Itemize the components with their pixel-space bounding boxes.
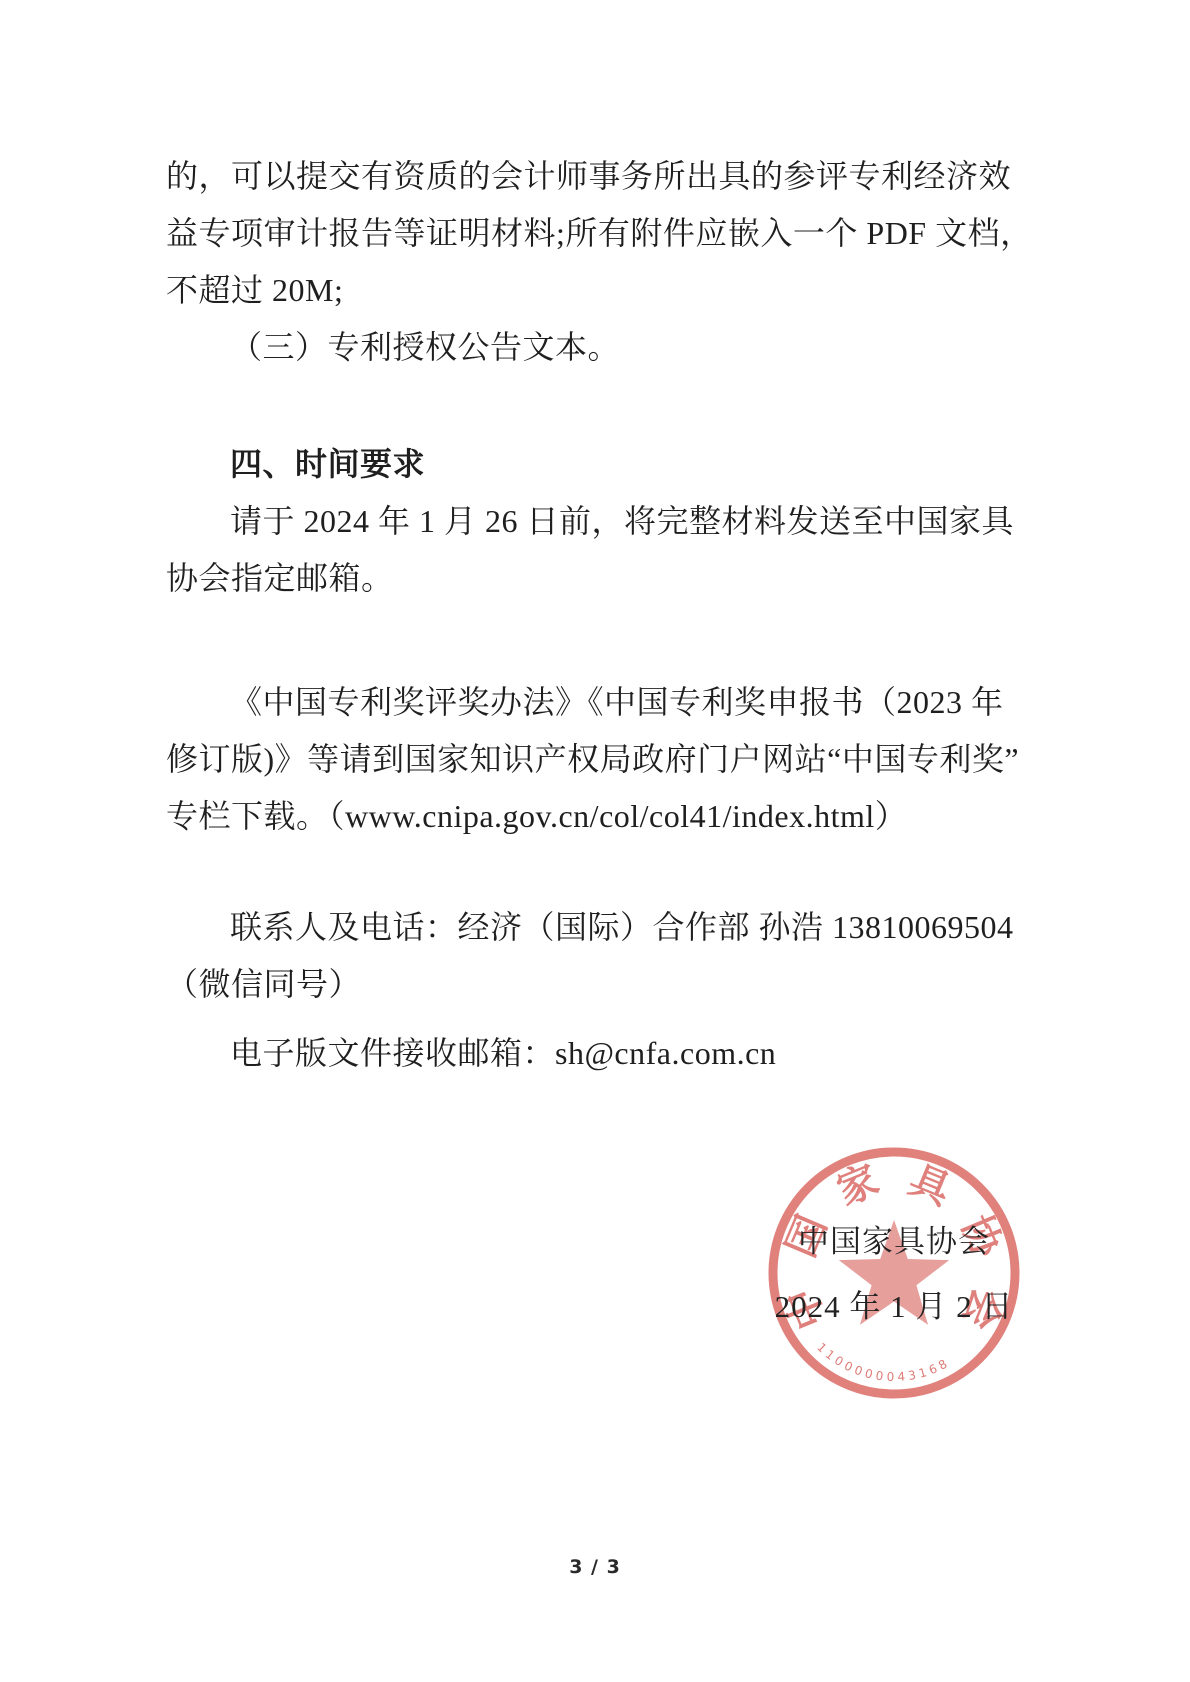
body-line: 不超过 20M; [166, 262, 1024, 319]
body-line: 的，可以提交有资质的会计师事务所出具的参评专利经济效 [166, 148, 1024, 205]
seal-org-name: 中国家具协会 [766, 1222, 1022, 1262]
document-page: 的，可以提交有资质的会计师事务所出具的参评专利经济效 益专项审计报告等证明材料;… [0, 0, 1190, 1682]
body-line: 协会指定邮箱。 [166, 550, 1024, 607]
seal-serial-char: 0 [875, 1369, 885, 1384]
seal-serial-char: 3 [907, 1368, 917, 1383]
section-heading-container: 四、时间要求 [166, 436, 1024, 493]
seal-serial-char: 8 [936, 1357, 949, 1373]
paragraph-attachments: 的，可以提交有资质的会计师事务所出具的参评专利经济效 益专项审计报告等证明材料;… [166, 148, 1024, 319]
paragraph-item-three: （三）专利授权公告文本。 [166, 319, 1024, 376]
official-seal: 中国家具协会 1100000043168 中国家具协会 2024 年 1 月 2… [766, 1144, 1022, 1400]
body-line: 专栏下载。（www.cnipa.gov.cn/col/col41/index.h… [166, 788, 1024, 845]
body-line: 电子版文件接收邮箱：sh@cnfa.com.cn [166, 1025, 1024, 1082]
body-line: 《中国专利奖评奖办法》《中国专利奖申报书（2023 年 [166, 674, 1024, 731]
body-line: 联系人及电话：经济（国际）合作部 孙浩 13810069504 [166, 899, 1024, 956]
seal-date: 2024 年 1 月 2 日 [766, 1287, 1022, 1327]
body-line: 请于 2024 年 1 月 26 日前，将完整材料发送至中国家具 [166, 493, 1024, 550]
paragraph-deadline: 请于 2024 年 1 月 26 日前，将完整材料发送至中国家具 协会指定邮箱。 [166, 493, 1024, 607]
seal-serial-char: 0 [886, 1370, 894, 1384]
seal-serial-char: 1 [917, 1365, 928, 1381]
page-number: 3 / 3 [0, 1556, 1190, 1578]
paragraph-download: 《中国专利奖评奖办法》《中国专利奖申报书（2023 年 修订版)》等请到国家知识… [166, 674, 1024, 845]
body-line: 益专项审计报告等证明材料;所有附件应嵌入一个 PDF 文档， [166, 205, 1024, 262]
body-line: （微信同号） [166, 956, 1024, 1013]
seal-graphic: 中国家具协会 1100000043168 [766, 1144, 1022, 1400]
body-line: 修订版)》等请到国家知识产权局政府门户网站“中国专利奖” [166, 731, 1024, 788]
seal-serial-char: 0 [852, 1363, 864, 1379]
body-line: （三）专利授权公告文本。 [166, 319, 1024, 376]
paragraph-contact: 联系人及电话：经济（国际）合作部 孙浩 13810069504 （微信同号） [166, 899, 1024, 1013]
document-body: 的，可以提交有资质的会计师事务所出具的参评专利经济效 益专项审计报告等证明材料;… [166, 148, 1024, 1082]
seal-serial-char: 0 [863, 1366, 874, 1381]
seal-serial-char: 4 [897, 1369, 906, 1383]
section-heading: 四、时间要求 [166, 436, 1024, 493]
paragraph-email: 电子版文件接收邮箱：sh@cnfa.com.cn [166, 1025, 1024, 1082]
